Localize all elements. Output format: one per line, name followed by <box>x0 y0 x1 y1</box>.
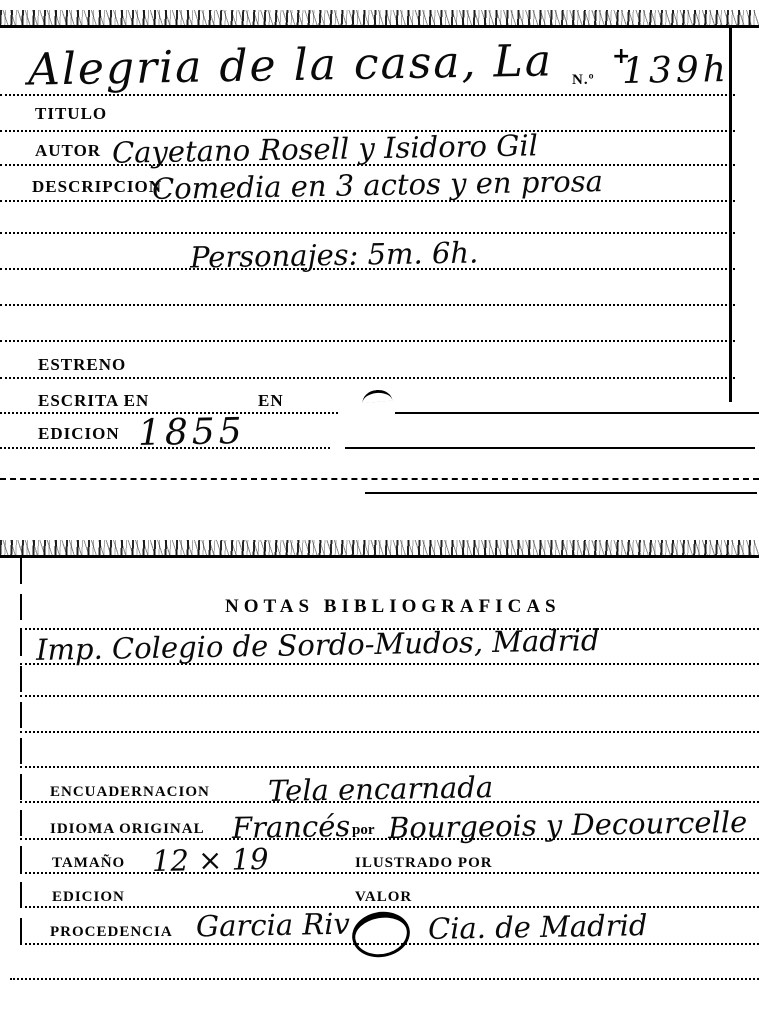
valor-label: VALOR <box>355 889 412 906</box>
rule-dotted <box>0 94 735 96</box>
rule-dotted <box>20 731 759 733</box>
ink-circle-mark <box>349 907 414 961</box>
title-handwritten: Alegria de la casa, La <box>28 35 554 95</box>
scan-edge-bottom <box>0 540 759 558</box>
rule-dotted <box>20 943 759 945</box>
rule-dashed <box>0 478 759 480</box>
rule-dotted <box>20 838 759 840</box>
rule-dotted <box>0 447 330 449</box>
encuadernacion-label: ENCUADERNACION <box>50 784 210 801</box>
autor-label: AUTOR <box>35 141 101 161</box>
escrita-en-label: ESCRITA EN <box>38 391 149 411</box>
ilustrado-por-label: ILUSTRADO POR <box>355 855 493 872</box>
rule-dotted <box>20 663 759 665</box>
rule-dotted <box>20 872 759 874</box>
scanned-catalog-card-page: Alegria de la casa, La N.º + 139h TITULO… <box>0 0 759 1028</box>
en-label: EN <box>258 391 284 411</box>
edicion-label: EDICION <box>38 424 120 444</box>
rule-dotted <box>0 304 735 306</box>
pen-squiggle <box>362 389 393 404</box>
rule-dotted <box>20 766 759 768</box>
rule-dotted <box>20 695 759 697</box>
titulo-label: TITULO <box>35 104 107 124</box>
por-label: por <box>352 822 375 839</box>
edicion-back-label: EDICION <box>52 889 125 906</box>
descripcion-label: DESCRIPCION <box>32 177 162 197</box>
rule-solid <box>395 412 759 414</box>
rule-dotted <box>0 377 735 379</box>
rule-dotted <box>0 340 735 342</box>
procedencia-handwritten-2: Cia. de Madrid <box>428 908 648 946</box>
rule-solid <box>365 492 757 494</box>
rule-solid <box>345 447 755 449</box>
rule-dotted <box>0 200 735 202</box>
number-handwritten: 139h <box>622 49 731 92</box>
rule-dotted <box>0 232 735 234</box>
rule-dotted <box>0 164 735 166</box>
number-label: N.º <box>572 72 595 89</box>
rule-dotted <box>20 801 759 803</box>
rule-dotted <box>20 906 759 908</box>
idioma-original-label: IDIOMA ORIGINAL <box>50 821 205 838</box>
estreno-label: ESTRENO <box>38 355 126 375</box>
card-back-left-border <box>20 558 22 948</box>
rule-dotted <box>10 978 759 980</box>
procedencia-handwritten-1: Garcia Riv <box>196 907 350 944</box>
rule-dotted <box>0 268 735 270</box>
scan-edge-top <box>0 10 759 28</box>
procedencia-label: PROCEDENCIA <box>50 924 173 941</box>
notas-header: NOTAS BIBLIOGRAFICAS <box>225 596 561 618</box>
tamano-label: TAMAÑO <box>52 855 125 872</box>
